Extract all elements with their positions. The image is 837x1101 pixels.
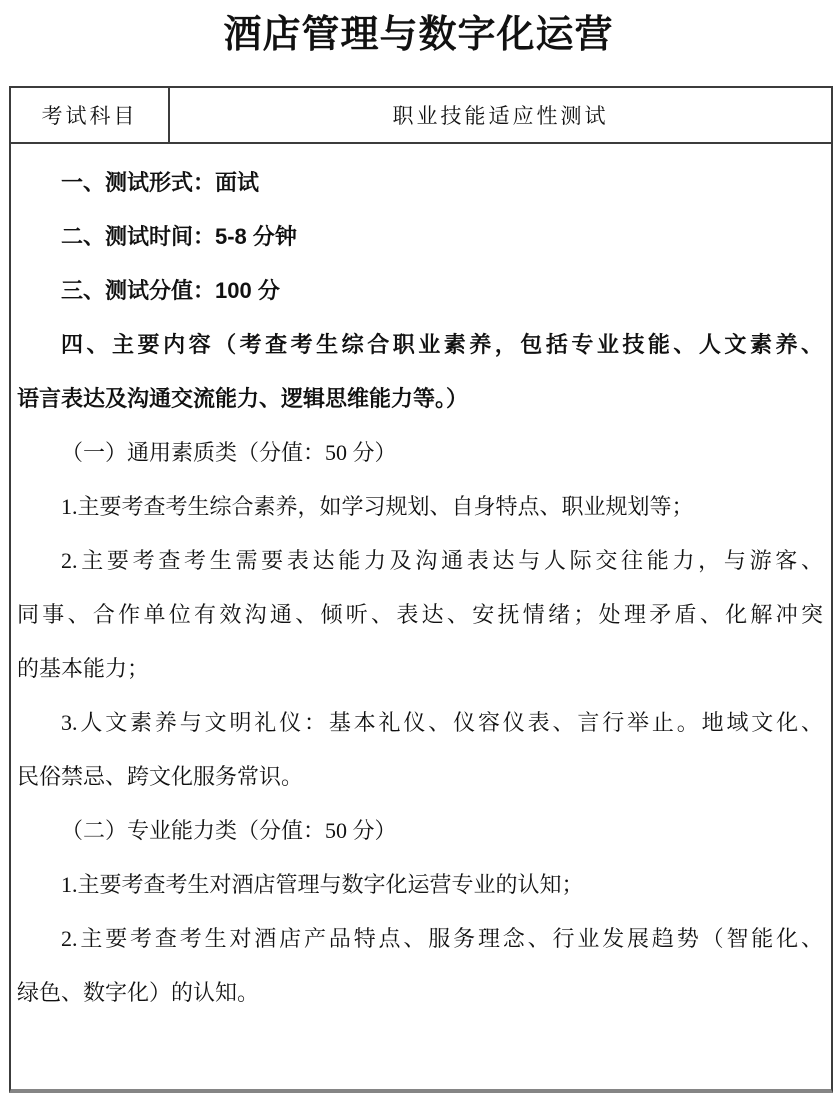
body-line: 3.人文素养与文明礼仪：基本礼仪、仪容仪表、言行举止。地域文化、 [17, 696, 823, 750]
exam-subject-label: 考试科目 [11, 88, 170, 142]
body-line: 语言表达及沟通交流能力、逻辑思维能力等。） [17, 372, 823, 426]
body-line: 2.主要考查考生需要表达能力及沟通表达与人际交往能力，与游客、 [17, 534, 823, 588]
body-line: 三、测试分值：100 分 [17, 264, 823, 318]
body-line: 民俗禁忌、跨文化服务常识。 [17, 750, 823, 804]
body-line: 绿色、数字化）的认知。 [17, 966, 823, 1020]
body-line: 一、测试形式：面试 [17, 156, 823, 210]
body-line: 的基本能力； [17, 642, 823, 696]
table-body: 一、测试形式：面试二、测试时间：5-8 分钟三、测试分值：100 分四、主要内容… [11, 144, 831, 1020]
table-header-row: 考试科目 职业技能适应性测试 [11, 88, 831, 144]
body-line: 2.主要考查考生对酒店产品特点、服务理念、行业发展趋势（智能化、 [17, 912, 823, 966]
document-page: 酒店管理与数字化运营 考试科目 职业技能适应性测试 一、测试形式：面试二、测试时… [0, 0, 837, 1101]
body-line: 二、测试时间：5-8 分钟 [17, 210, 823, 264]
body-line: （二）专业能力类（分值：50 分） [17, 804, 823, 858]
body-line: 同事、合作单位有效沟通、倾听、表达、安抚情绪；处理矛盾、化解冲突 [17, 588, 823, 642]
body-line: （一）通用素质类（分值：50 分） [17, 426, 823, 480]
exam-subject-value: 职业技能适应性测试 [170, 88, 831, 142]
body-line: 1.主要考查考生对酒店管理与数字化运营专业的认知； [17, 858, 823, 912]
body-line: 四、主要内容（考查考生综合职业素养，包括专业技能、人文素养、 [17, 318, 823, 372]
page-title: 酒店管理与数字化运营 [0, 10, 837, 60]
exam-table: 考试科目 职业技能适应性测试 一、测试形式：面试二、测试时间：5-8 分钟三、测… [9, 86, 833, 1093]
body-line: 1.主要考查考生综合素养，如学习规划、自身特点、职业规划等； [17, 480, 823, 534]
